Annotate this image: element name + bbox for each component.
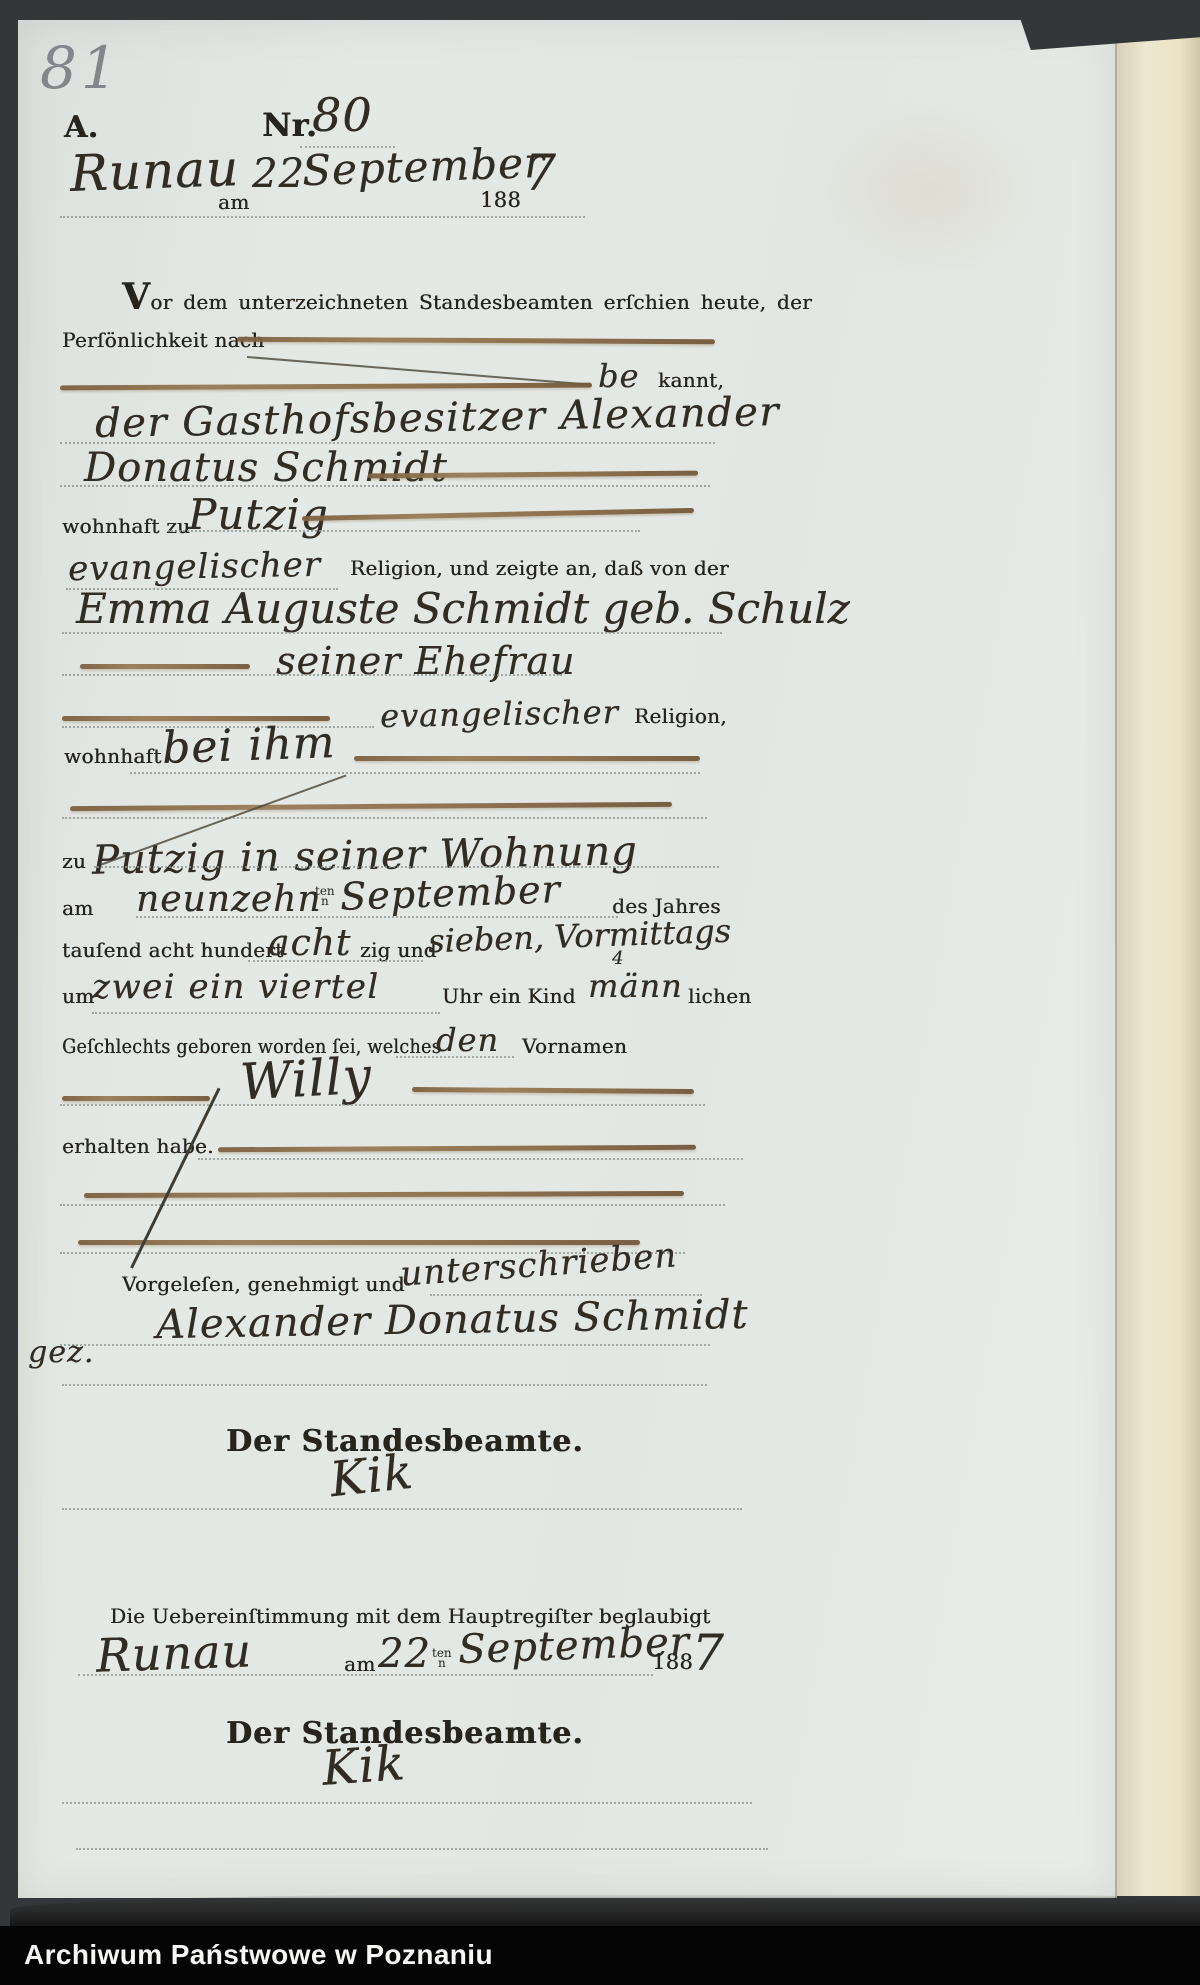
zig-und-label: zig und <box>360 938 437 962</box>
vornamen-label: Vornamen <box>522 1034 627 1058</box>
paper-stain <box>800 90 1060 290</box>
time-value: zwei ein viertel <box>92 970 380 1004</box>
dotted-rule <box>62 1384 707 1386</box>
dotted-rule <box>60 1104 705 1106</box>
uhr-kind-label: Uhr ein Kind <box>442 984 576 1008</box>
registrar-signature: Kik <box>320 1739 406 1793</box>
registrar-heading: Der Standesbeamte. <box>226 1716 584 1751</box>
child-name: Willy <box>239 1051 373 1108</box>
article-value: den <box>436 1024 499 1056</box>
cert-day: 22 <box>378 1634 431 1674</box>
record-number-value: 80 <box>312 92 373 138</box>
dotted-rule <box>396 1056 514 1058</box>
mother-name: Emma Auguste Schmidt geb. Schulz <box>76 588 850 630</box>
scanned-register-page: 81 A. Nr. 80 Runau am 22' September 188 … <box>0 0 1200 1985</box>
time-um-label: um <box>62 984 94 1008</box>
dotted-rule <box>62 1802 752 1804</box>
dotted-rule <box>62 817 707 819</box>
gez-note: gez. <box>28 1338 94 1368</box>
dotted-rule <box>168 530 640 532</box>
archive-footer-bar: Archiwum Państwowe w Poznaniu <box>0 1926 1200 1985</box>
religion-value-2: evangelischer <box>380 696 619 732</box>
dotted-rule <box>94 866 719 868</box>
insertion-mark: 4 <box>612 950 624 968</box>
personhood-label: Perſönlichkeit nach <box>62 328 265 352</box>
archive-name: Archiwum Państwowe w Poznaniu <box>0 1926 1200 1984</box>
registration-month: September <box>301 142 545 192</box>
residence2-label: wohnhaft <box>64 744 162 768</box>
declarant-name-line1: der Gasthofsbesitzer Alexander <box>95 392 780 444</box>
religion-label-1: Religion, und zeigte an, daß von der <box>350 556 729 580</box>
dotted-rule <box>130 772 700 774</box>
cert-ordinal: ten n <box>432 1648 452 1668</box>
ordinal-suffix: ten n <box>315 886 335 906</box>
intro-text: Vor dem unterzeichneten Standesbeamten e… <box>122 276 812 318</box>
registration-year-digit: 7 <box>524 148 557 198</box>
book-page-edge <box>1117 28 1200 1896</box>
ordinal-bottom: n <box>321 894 329 908</box>
pencil-folio-number: 81 <box>40 34 122 102</box>
section-letter: A. <box>64 110 98 145</box>
dotted-rule <box>92 1012 440 1014</box>
religion-value-1: evangelischer <box>68 548 321 586</box>
ordinal-bottom: n <box>438 1656 446 1670</box>
thousand-label: tauſend acht hundert <box>62 938 283 962</box>
cert-am-label: am <box>344 1652 376 1676</box>
dotted-rule <box>62 674 562 676</box>
residence2-value: bei ihm <box>161 721 336 771</box>
record-number-label: Nr. <box>262 106 317 144</box>
dotted-rule <box>62 632 722 634</box>
dotted-rule <box>78 1674 653 1676</box>
birthdate-am-label: am <box>62 896 94 920</box>
cert-place: Runau <box>95 1627 252 1678</box>
declarant-signature: Alexander Donatus Schmidt <box>156 1295 749 1345</box>
religion-label-2: Religion, <box>634 704 727 728</box>
am-label: am <box>218 190 250 214</box>
birth-day-value: neunzehn <box>136 882 322 918</box>
dotted-rule <box>62 1508 742 1510</box>
dotted-rule <box>60 485 710 487</box>
ink-rule <box>62 1096 210 1101</box>
registration-place: Runau <box>69 143 240 199</box>
cert-year-printed: 188 <box>652 1650 693 1674</box>
gender-suffix-label: lichen <box>688 984 751 1008</box>
cert-year-digit: 7 <box>692 1628 725 1678</box>
known-printed: kannt, <box>658 368 724 392</box>
year-decade-value: acht <box>268 926 351 962</box>
gender-value: männ <box>588 970 683 1002</box>
dotted-rule <box>60 1344 710 1346</box>
ink-rule <box>80 664 250 669</box>
registration-year-printed: 188 <box>480 188 521 212</box>
dotted-rule <box>248 960 423 962</box>
dotted-rule <box>60 216 585 218</box>
dotted-rule <box>76 1848 768 1850</box>
year-rest-value: sieben, Vormittags <box>428 915 732 958</box>
dotted-rule <box>198 1158 743 1160</box>
ink-rule <box>354 756 700 761</box>
known-handwritten: be <box>598 360 639 392</box>
dotted-rule <box>60 442 715 444</box>
registrar-signature: Kik <box>328 1448 416 1504</box>
read-approved-label: Vorgeleſen, genehmigt und <box>122 1272 405 1296</box>
birth-month-value: September <box>339 870 561 916</box>
birthplace-label: zu <box>62 849 86 873</box>
declarant-name-line2: Donatus Schmidt <box>84 448 448 488</box>
residence-label: wohnhaft zu <box>62 514 190 538</box>
